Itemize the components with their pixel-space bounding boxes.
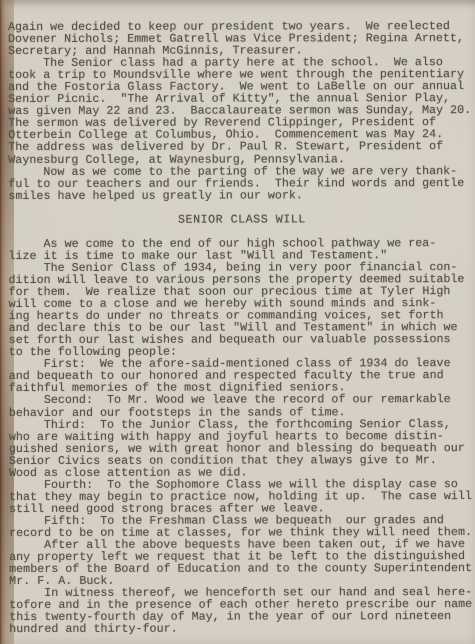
scanned-page: Again we decided to keep our president t… — [0, 0, 475, 644]
document-text: Again we decided to keep our president t… — [8, 20, 475, 635]
text-line: smiles have helped us greatly in our wor… — [8, 189, 475, 202]
section-heading: SENIOR CLASS WILL — [8, 213, 475, 226]
text-line: hundred and thirty-four. — [9, 622, 475, 635]
scan-top-edge-shadow — [0, 0, 475, 8]
